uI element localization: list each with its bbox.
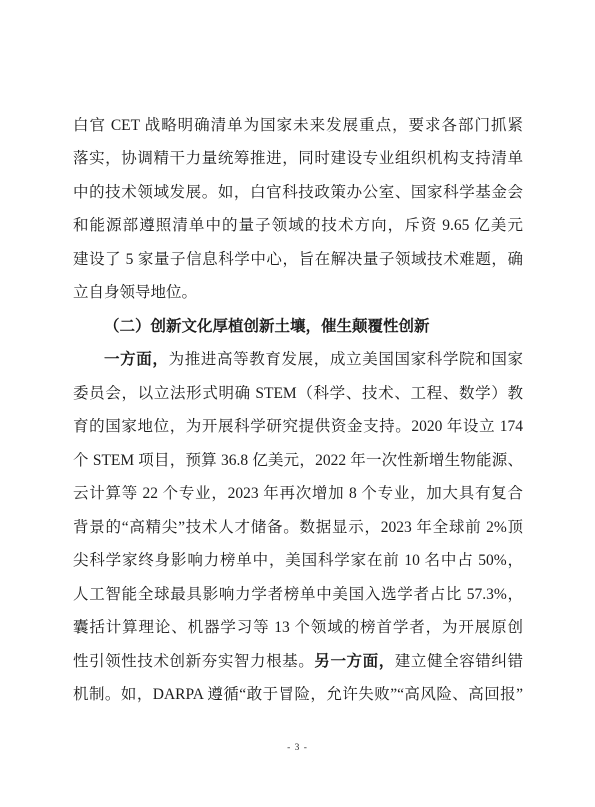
text-line: 立自身领导地位。 — [73, 276, 523, 309]
bold-text-segment: 一方面， — [104, 351, 169, 368]
text-segment: 育的国家地位，为开展科学研究提供资金支持。2020 年设立 174 — [73, 418, 523, 435]
text-line: 个 STEM 项目，预算 36.8 亿美元，2022 年一次性新增生物能源、 — [73, 444, 523, 477]
text-segment: 建立健全容错纠错 — [395, 653, 523, 670]
text-segment: 背景的“高精尖”技术人才储备。数据显示，2023 年全球前 2%顶 — [73, 519, 523, 536]
text-line: 囊括计算理论、机器学习等 13 个领域的榜首学者，为开展原创 — [73, 611, 523, 644]
document-body: 白官 CET 战略明确清单为国家未来发展重点，要求各部门抓紧落实，协调精干力量统… — [73, 109, 523, 711]
text-line: 云计算等 22 个专业，2023 年再次增加 8 个专业，加大具有复合 — [73, 477, 523, 510]
text-segment: 建设了 5 家量子信息科学中心，旨在解决量子领域技术难题，确 — [73, 251, 523, 268]
text-segment: 落实，协调精干力量统筹推进，同时建设专业组织机构支持清单 — [73, 150, 523, 167]
text-line: 和能源部遵照清单中的量子领域的技术方向，斥资 9.65 亿美元 — [73, 209, 523, 242]
text-line: 背景的“高精尖”技术人才储备。数据显示，2023 年全球前 2%顶 — [73, 511, 523, 544]
bold-text-segment: （二）创新文化厚植创新土壤，催生颠覆性创新 — [104, 318, 430, 335]
text-line: 委员会，以立法形式明确 STEM（科学、技术、工程、数学）教 — [73, 377, 523, 410]
text-line: 育的国家地位，为开展科学研究提供资金支持。2020 年设立 174 — [73, 410, 523, 443]
text-segment: 个 STEM 项目，预算 36.8 亿美元，2022 年一次性新增生物能源、 — [73, 452, 523, 469]
text-line: 一方面，为推进高等教育发展，成立美国国家科学院和国家 — [73, 343, 523, 376]
text-segment: 白官 CET 战略明确清单为国家未来发展重点，要求各部门抓紧 — [73, 117, 523, 134]
text-line: 中的技术领域发展。如，白官科技政策办公室、国家科学基金会 — [73, 176, 523, 209]
text-segment: 为推进高等教育发展，成立美国国家科学院和国家 — [169, 351, 523, 368]
text-segment: 云计算等 22 个专业，2023 年再次增加 8 个专业，加大具有复合 — [73, 485, 523, 502]
text-segment: 和能源部遵照清单中的量子领域的技术方向，斥资 9.65 亿美元 — [73, 217, 523, 234]
text-line: 白官 CET 战略明确清单为国家未来发展重点，要求各部门抓紧 — [73, 109, 523, 142]
text-line: 建设了 5 家量子信息科学中心，旨在解决量子领域技术难题，确 — [73, 243, 523, 276]
text-segment: 立自身领导地位。 — [73, 284, 197, 301]
text-line: 性引领性技术创新夯实智力根基。另一方面，建立健全容错纠错 — [73, 645, 523, 678]
text-line: 机制。如，DARPA 遵循“敢于冒险，允许失败”“高风险、高回报” — [73, 678, 523, 711]
text-segment: 中的技术领域发展。如，白官科技政策办公室、国家科学基金会 — [73, 184, 523, 201]
text-segment: 囊括计算理论、机器学习等 13 个领域的榜首学者，为开展原创 — [73, 619, 523, 636]
text-segment: 尖科学家终身影响力榜单中，美国科学家在前 10 名中占 50%， — [73, 552, 523, 569]
text-line: 落实，协调精干力量统筹推进，同时建设专业组织机构支持清单 — [73, 142, 523, 175]
text-segment: 委员会，以立法形式明确 STEM（科学、技术、工程、数学）教 — [73, 385, 523, 402]
text-line: 人工智能全球最具影响力学者榜单中美国入选学者占比 57.3%， — [73, 578, 523, 611]
page-number: - 3 - — [0, 740, 595, 756]
text-segment: 人工智能全球最具影响力学者榜单中美国入选学者占比 57.3%， — [73, 586, 523, 603]
section-heading: （二）创新文化厚植创新土壤，催生颠覆性创新 — [73, 310, 523, 343]
text-segment: 机制。如，DARPA 遵循“敢于冒险，允许失败”“高风险、高回报” — [73, 686, 523, 703]
bold-text-segment: 另一方面， — [314, 653, 394, 670]
text-line: 尖科学家终身影响力榜单中，美国科学家在前 10 名中占 50%， — [73, 544, 523, 577]
text-segment: 性引领性技术创新夯实智力根基。 — [73, 653, 314, 670]
document-page: 白官 CET 战略明确清单为国家未来发展重点，要求各部门抓紧落实，协调精干力量统… — [0, 0, 595, 807]
